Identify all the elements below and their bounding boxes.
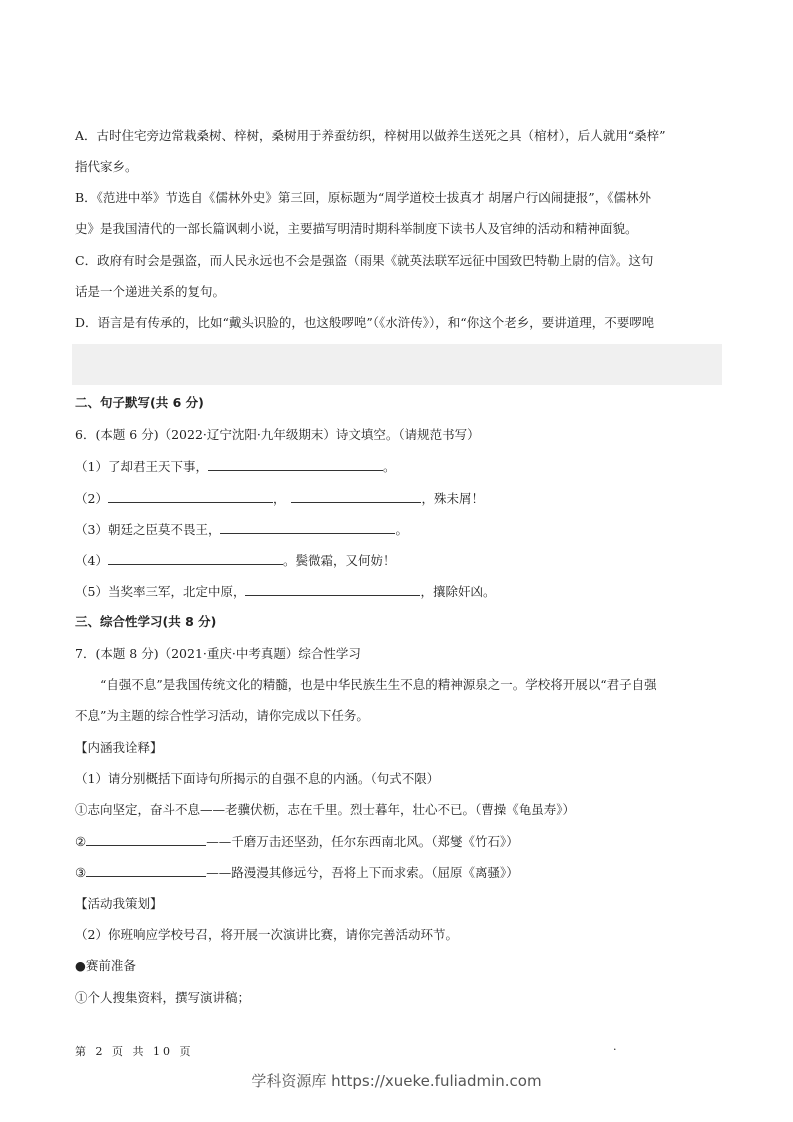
sub1-question: （1）请分别概括下面诗句所揭示的自强不息的内涵。（句式不限） — [75, 771, 439, 787]
sub1-item-2-text: ——千磨万击还坚劲，任尔东西南北风。（郑燮《竹石》） — [206, 834, 519, 849]
blank-sub1-3[interactable] — [86, 864, 206, 877]
blank-4[interactable] — [108, 552, 283, 565]
fill-item-2-suffix: ，殊未屑！ — [421, 491, 484, 506]
sub1-item-1: ①志向坚定，奋斗不息——老骥伏枥，志在千里。烈士暮年，壮心不已。（曹操《龟虽寿》… — [75, 802, 575, 818]
option-c-line2: 话是一个递进关系的复句。 — [75, 284, 225, 300]
option-b-line1: B．《范进中举》节选自《儒林外史》第三回，原标题为“周学道校士拔真才 胡屠户行凶… — [75, 190, 651, 206]
fill-item-2-mid: ， — [273, 491, 286, 506]
sub2-question: （2）你班响应学校号召，将开展一次演讲比赛，请你完善活动环节。 — [75, 927, 458, 943]
question-6: 6．(本题 6 分)（2022·辽宁沈阳·九年级期末）诗文填空。（请规范书写） — [75, 427, 480, 443]
sub1-item-3: ③——路漫漫其修远兮，吾将上下而求索。（屈原《离骚》） — [75, 864, 519, 881]
step-1: ①个人搜集资料，撰写演讲稿； — [75, 990, 250, 1006]
fill-item-5: （5）当奖率三军，北定中原，，攘除奸凶。 — [75, 583, 495, 600]
sub1-item-3-text: ——路漫漫其修远兮，吾将上下而求索。（屈原《离骚》） — [206, 865, 519, 880]
intro-line1: “自强不息”是我国传统文化的精髓，也是中华民族生生不息的精神源泉之一。学校将开展… — [100, 677, 657, 693]
watermark: 学科资源库 https://xueke.fuliadmin.com — [0, 1070, 793, 1091]
answer-box — [72, 344, 722, 385]
page-number: 第 2 页 共 10 页 — [75, 1043, 193, 1059]
fill-item-1-suffix: 。 — [383, 459, 396, 474]
option-b-line2: 史》是我国清代的一部长篇讽刺小说，主要描写明清时期科举制度下读书人及官绅的活动和… — [75, 221, 638, 237]
fill-item-1: （1）了却君王天下事，。 — [75, 458, 395, 475]
bullet-prep: ●赛前准备 — [75, 958, 136, 974]
section2-heading: 二、句子默写(共 6 分) — [75, 395, 204, 411]
blank-1[interactable] — [208, 458, 383, 471]
section3-heading: 三、综合性学习(共 8 分) — [75, 614, 216, 630]
fill-item-1-prefix: （1）了却君王天下事， — [75, 459, 208, 474]
fill-item-5-suffix: ，攘除奸凶。 — [420, 584, 495, 599]
sub1-item-1-text: 志向坚定，奋斗不息——老骥伏枥，志在千里。烈士暮年，壮心不已。（曹操《龟虽寿》） — [88, 802, 576, 817]
option-c-line1: C．政府有时会是强盗，而人民永远也不会是强盗（雨果《就英法联军远征中国致巴特勒上… — [75, 253, 653, 269]
fill-item-2: （2），，殊未屑！ — [75, 490, 484, 507]
option-a-line1: A．古时住宅旁边常栽桑树、梓树，桑树用于养蚕纺织，梓树用以做养生送死之具（棺材）… — [75, 128, 666, 144]
fill-item-4: （4）。鬓微霜，又何妨！ — [75, 552, 395, 569]
fill-item-5-prefix: （5）当奖率三军，北定中原， — [75, 584, 245, 599]
circled-number-1: ① — [75, 802, 88, 817]
circled-number-3: ③ — [75, 865, 86, 880]
fill-item-4-suffix: 。鬓微霜，又何妨！ — [283, 553, 396, 568]
option-d-line1: D．语言是有传承的，比如“戴头识脸的，也这般啰唣”（《水浒传》），和“你这个老乡… — [75, 315, 654, 331]
blank-2a[interactable] — [108, 490, 273, 503]
sub1-title: 【内涵我诠释】 — [75, 740, 163, 756]
option-a-line2: 指代家乡。 — [75, 159, 138, 175]
footer-dot: . — [613, 1040, 617, 1053]
fill-item-2-prefix: （2） — [75, 491, 108, 506]
blank-5[interactable] — [245, 583, 420, 596]
intro-line2: 不息”为主题的综合性学习活动，请你完成以下任务。 — [75, 708, 369, 724]
sub1-item-2: ②——千磨万击还坚劲，任尔东西南北风。（郑燮《竹石》） — [75, 833, 519, 850]
blank-2b[interactable] — [291, 490, 421, 503]
question-7: 7．(本题 8 分)（2021·重庆·中考真题）综合性学习 — [75, 646, 361, 662]
fill-item-3: （3）朝廷之臣莫不畏王，。 — [75, 521, 408, 538]
blank-3[interactable] — [220, 521, 395, 534]
fill-item-4-prefix: （4） — [75, 553, 108, 568]
sub2-title: 【活动我策划】 — [75, 896, 163, 912]
fill-item-3-prefix: （3）朝廷之臣莫不畏王， — [75, 522, 220, 537]
circled-number-2: ② — [75, 834, 86, 849]
fill-item-3-suffix: 。 — [395, 522, 408, 537]
blank-sub1-2[interactable] — [86, 833, 206, 846]
